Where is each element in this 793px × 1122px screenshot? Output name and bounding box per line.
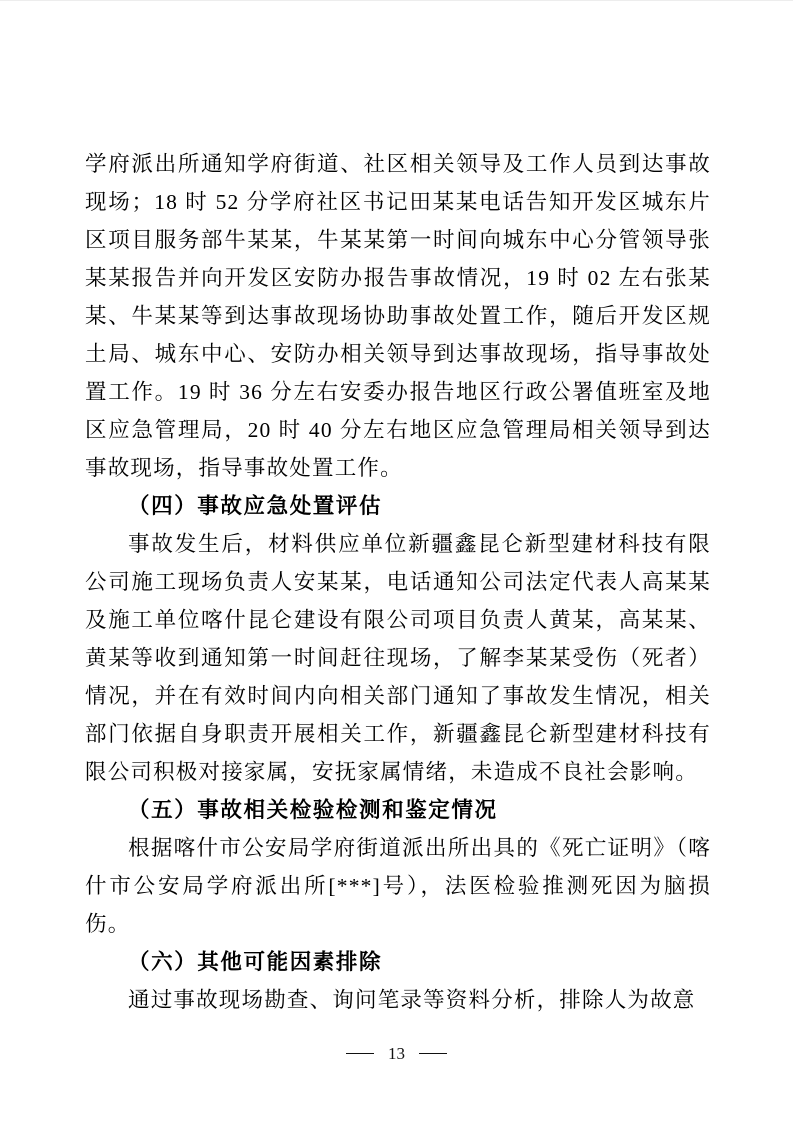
page-footer: 13 xyxy=(0,1042,793,1066)
paragraph-emergency-notification: 学府派出所通知学府街道、社区相关领导及工作人员到达事故现场；18 时 52 分学… xyxy=(85,145,711,487)
heading-section-5-inspection-and-appraisal: （五）事故相关检验检测和鉴定情况 xyxy=(85,791,711,829)
paragraph-other-factors-excluded: 通过事故现场勘查、询问笔录等资料分析，排除人为故意 xyxy=(85,981,711,1019)
document-page: 学府派出所通知学府街道、社区相关领导及工作人员到达事故现场；18 时 52 分学… xyxy=(0,0,793,1122)
heading-section-4-emergency-response-evaluation: （四）事故应急处置评估 xyxy=(85,487,711,525)
paragraph-emergency-response-evaluation: 事故发生后，材料供应单位新疆鑫昆仑新型建材科技有限公司施工现场负责人安某某，电话… xyxy=(85,525,711,791)
footer-right-dash xyxy=(419,1053,447,1054)
paragraph-inspection-and-appraisal: 根据喀什市公安局学府街道派出所出具的《死亡证明》（喀什市公安局学府派出所[***… xyxy=(85,829,711,943)
footer-left-dash xyxy=(346,1053,374,1054)
page-number: 13 xyxy=(388,1042,405,1066)
document-body: 学府派出所通知学府街道、社区相关领导及工作人员到达事故现场；18 时 52 分学… xyxy=(85,145,711,1019)
heading-section-6-other-factors-excluded: （六）其他可能因素排除 xyxy=(85,943,711,981)
